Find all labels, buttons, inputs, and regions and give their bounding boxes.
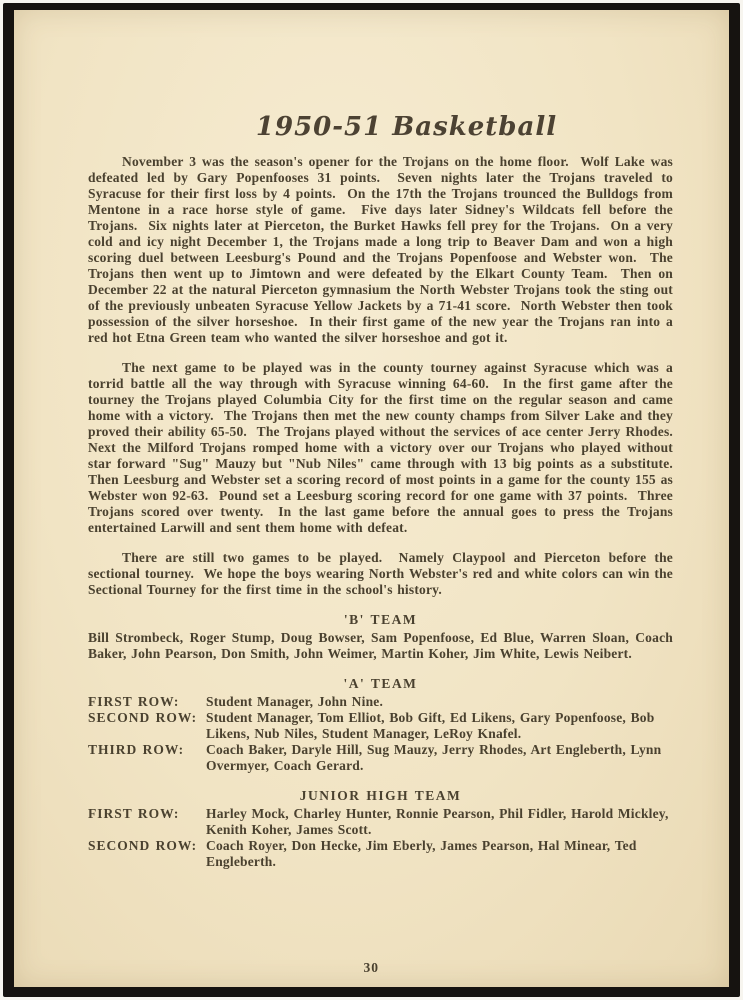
a-team-rows: FIRST ROW: Student Manager, John Nine. S…: [88, 694, 673, 774]
paragraph-remaining-games: There are still two games to be played. …: [88, 550, 673, 598]
junior-high-row-first: FIRST ROW: Harley Mock, Charley Hunter, …: [88, 806, 673, 838]
junior-high-row-second: SECOND ROW: Coach Royer, Don Hecke, Jim …: [88, 838, 673, 870]
row-label: SECOND ROW:: [88, 710, 206, 742]
row-names: Coach Royer, Don Hecke, Jim Eberly, Jame…: [206, 838, 673, 870]
section-b-team: 'B' TEAM Bill Strombeck, Roger Stump, Do…: [88, 612, 673, 662]
row-label: THIRD ROW:: [88, 742, 206, 774]
paragraph-county-tourney: The next game to be played was in the co…: [88, 360, 673, 536]
a-team-row-first: FIRST ROW: Student Manager, John Nine.: [88, 694, 673, 710]
paragraph-season-opener: November 3 was the season's opener for t…: [88, 154, 673, 346]
row-names: Student Manager, Tom Elliot, Bob Gift, E…: [206, 710, 673, 742]
page-content: 1950-51 Basketball November 3 was the se…: [88, 10, 673, 987]
row-label: FIRST ROW:: [88, 806, 206, 838]
row-label: SECOND ROW:: [88, 838, 206, 870]
paper-page: 1950-51 Basketball November 3 was the se…: [14, 10, 729, 987]
scanned-yearbook-page: 1950-51 Basketball November 3 was the se…: [0, 0, 743, 1000]
a-team-row-second: SECOND ROW: Student Manager, Tom Elliot,…: [88, 710, 673, 742]
junior-high-heading: JUNIOR HIGH TEAM: [88, 788, 673, 804]
b-team-roster: Bill Strombeck, Roger Stump, Doug Bowser…: [88, 630, 673, 662]
section-junior-high-team: JUNIOR HIGH TEAM FIRST ROW: Harley Mock,…: [88, 788, 673, 870]
junior-high-rows: FIRST ROW: Harley Mock, Charley Hunter, …: [88, 806, 673, 870]
row-names: Student Manager, John Nine.: [206, 694, 673, 710]
article-body: November 3 was the season's opener for t…: [88, 154, 673, 598]
row-names: Harley Mock, Charley Hunter, Ronnie Pear…: [206, 806, 673, 838]
row-label: FIRST ROW:: [88, 694, 206, 710]
row-names: Coach Baker, Daryle Hill, Sug Mauzy, Jer…: [206, 742, 673, 774]
section-a-team: 'A' TEAM FIRST ROW: Student Manager, Joh…: [88, 676, 673, 774]
page-title: 1950-51 Basketball: [114, 112, 699, 142]
page-number: 30: [364, 960, 380, 976]
a-team-heading: 'A' TEAM: [88, 676, 673, 692]
b-team-heading: 'B' TEAM: [88, 612, 673, 628]
a-team-row-third: THIRD ROW: Coach Baker, Daryle Hill, Sug…: [88, 742, 673, 774]
